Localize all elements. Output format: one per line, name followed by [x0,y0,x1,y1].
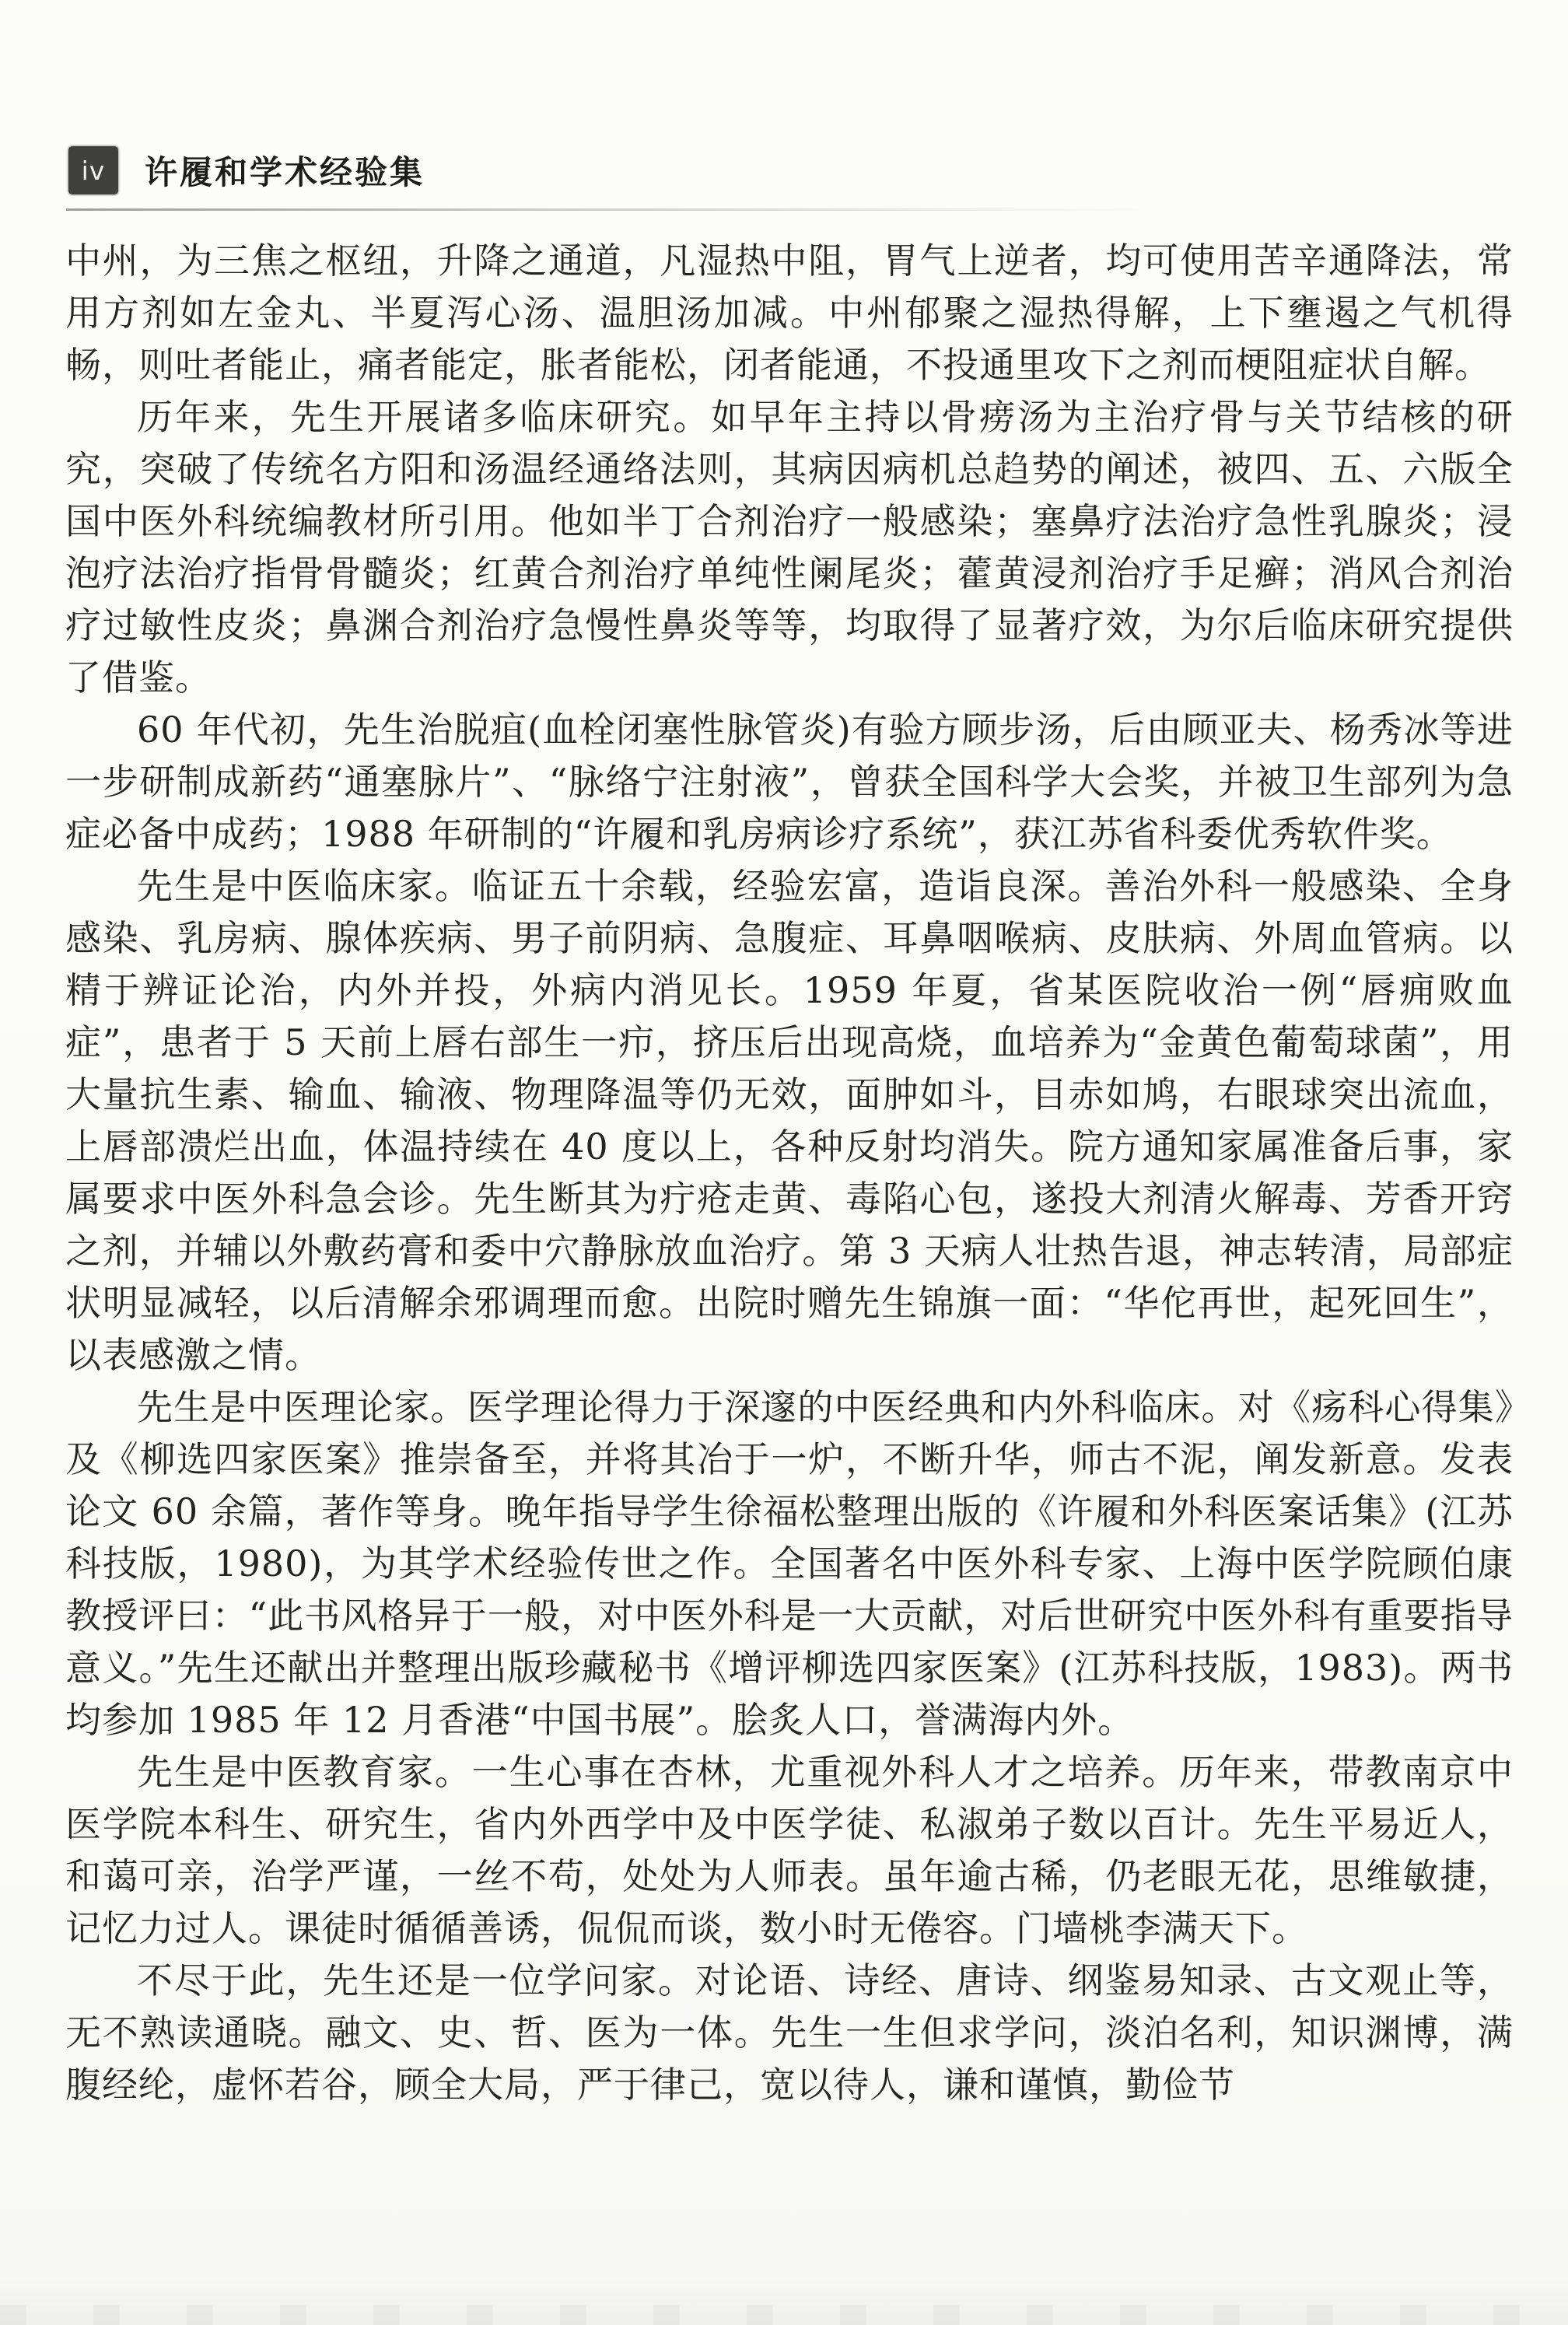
paragraph-clinician: 先生是中医临床家。临证五十余载，经验宏富，造诣良深。善治外科一般感染、全身感染、… [65,860,1514,1381]
paragraph-clinical-research: 历年来，先生开展诸多临床研究。如早年主持以骨痨汤为主治疗骨与关节结核的研究，突破… [65,391,1514,704]
header-rule [66,208,1147,211]
running-title: 许履和学术经验集 [145,147,425,194]
page-number-badge: iv [68,146,118,194]
paragraph-theorist: 先生是中医理论家。医学理论得力于深邃的中医经典和内外科临床。对《疡科心得集》及《… [65,1381,1514,1746]
page-header: iv 许履和学术经验集 [68,146,425,194]
paragraph-educator: 先生是中医教育家。一生心事在杏林，尤重视外科人才之培养。历年来，带教南京中医学院… [65,1746,1514,1955]
book-page: iv 许履和学术经验集 中州，为三焦之枢纽，升降之通道，凡湿热中阻，胃气上逆者，… [0,0,1568,2325]
paragraph-continuation: 中州，为三焦之枢纽，升降之通道，凡湿热中阻，胃气上逆者，均可使用苦辛通降法，常用… [65,235,1514,391]
paragraph-new-drugs: 60 年代初，先生治脱疽(血栓闭塞性脉管炎)有验方顾步汤，后由顾亚夫、杨秀冰等进… [65,704,1514,860]
scan-noise-edge [0,2305,1568,2325]
page-body: 中州，为三焦之枢纽，升降之通道，凡湿热中阻，胃气上逆者，均可使用苦辛通降法，常用… [65,235,1514,2111]
paragraph-scholar: 不尽于此，先生还是一位学问家。对论语、诗经、唐诗、纲鉴易知录、古文观止等，无不熟… [65,1955,1514,2111]
